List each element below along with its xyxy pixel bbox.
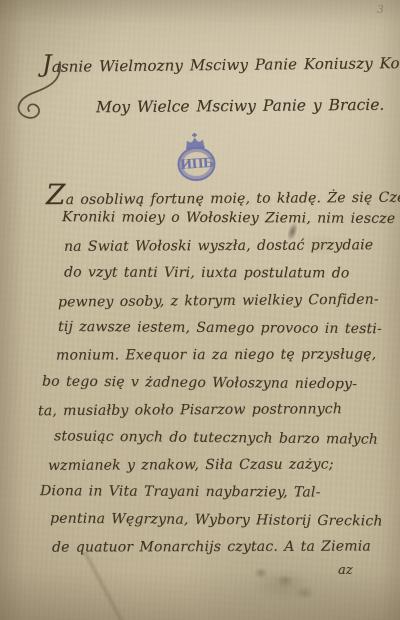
- smudge-stain: [228, 558, 338, 608]
- catchword: az: [338, 563, 353, 578]
- body-line: ta, musiałby około Pisarzow postronnych: [38, 401, 382, 431]
- salutation-line-2: Moy Wielce Msciwy Panie y Bracie.: [96, 96, 384, 117]
- body-line: stosuiąc onych do tutecznych barzo małyc…: [54, 428, 382, 459]
- body-line: Diona in Vita Trayani naybarziey, Tal-: [40, 483, 382, 512]
- stamp-circle: ИПБ: [176, 146, 216, 183]
- library-stamp: ИПБ: [168, 131, 223, 183]
- body-line: bo tego się v żadnego Wołoszyna niedopy-: [42, 373, 382, 403]
- salutation-line-1: Jasnie Wielmozny Msciwy Panie Koniuszy K…: [42, 46, 394, 78]
- body-line: Za osobliwą fortunę moię, to kładę. Że s…: [46, 182, 382, 212]
- fox-spot-stain: [300, 232, 340, 258]
- stamp-monogram: ИПБ: [180, 155, 214, 172]
- crown-icon: [181, 132, 208, 150]
- manuscript-page: 3 Jasnie Wielmozny Msciwy Panie Koniuszy…: [0, 0, 400, 620]
- crease-mark: [66, 552, 140, 620]
- body-line: wzmianek y znakow, Siła Czasu zażyc;: [48, 456, 382, 485]
- body-line: tij zawsze iestem, Samego provoco in tes…: [58, 319, 382, 349]
- page-number: 3: [377, 3, 384, 16]
- body-line: monium. Exequor ia za niego tę przysługę…: [56, 347, 382, 376]
- body-line: pewney osoby, z ktorym wielkiey Confiden…: [58, 291, 382, 321]
- body-line: do vzyt tanti Viri, iuxta postulatum do: [64, 265, 382, 294]
- body-line: pentina Węgrzyna, Wybory Historij Grecki…: [50, 510, 382, 540]
